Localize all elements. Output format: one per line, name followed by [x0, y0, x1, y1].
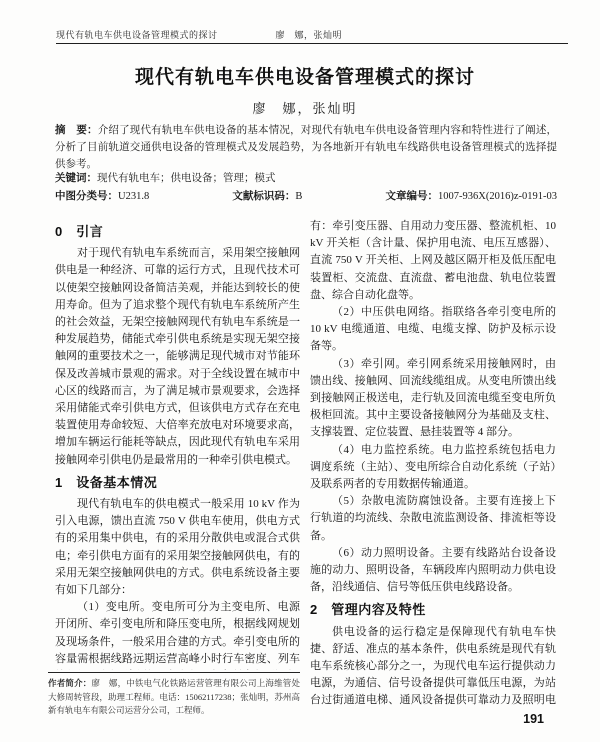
- abstract-paragraph: 摘 要：介绍了现代有轨电车供电设备的基本情况，对现代有轨电车供电设备管理内容和特…: [55, 122, 557, 173]
- article-id-value: 1007-936X(2016)z-0191-03: [438, 191, 557, 202]
- section-heading-management: 2 管理内容及特性: [310, 601, 556, 618]
- clc-label: 中图分类号：: [55, 190, 118, 202]
- intro-paragraph: 对于现代有轨电车系统而言，采用架空接触网供电是一种经济、可靠的运行方式，且现代技…: [55, 245, 300, 469]
- mv-network-paragraph: （2）中压供电网络。指联络各牵引变电所的 10 kV 电缆通道、电缆、电缆支撑、…: [310, 304, 556, 356]
- traction-network-paragraph: （3）牵引网。牵引网系统采用接触网时，由馈出线、接触网、回流线缆组成。从变电所馈…: [310, 356, 556, 442]
- doc-code: 文献标识码：B: [232, 188, 302, 205]
- substation-continuation-paragraph: 有：牵引变压器、自用动力变压器、整流机柜、10 kV 开关柜（含计量、保护用电流…: [310, 218, 556, 304]
- section-heading-intro: 0 引言: [55, 223, 300, 240]
- abstract-text: 介绍了现代有轨电车供电设备的基本情况，对现代有轨电车供电设备管理内容和特性进行了…: [55, 125, 557, 170]
- running-header: 现代有轨电车供电设备管理模式的探讨 廖 娜，张灿明: [56, 28, 560, 41]
- stray-current-paragraph: （5）杂散电流防腐蚀设备。主要有连接上下行轨道的均流线、杂散电流监测设备、排流柜…: [310, 493, 556, 545]
- page-title: 现代有轨电车供电设备管理模式的探讨: [55, 62, 555, 89]
- section-heading-equipment: 1 设备基本情况: [55, 474, 300, 491]
- abstract-label: 摘 要：: [55, 124, 98, 136]
- page-number: 191: [523, 712, 544, 726]
- running-header-title: 现代有轨电车供电设备管理模式的探讨: [56, 28, 218, 41]
- keywords-line: 关键词：现代有轨电车；供电设备；管理；模式: [55, 170, 557, 187]
- header-divider: [56, 43, 568, 44]
- footnote-label: 作者简介：: [48, 678, 91, 688]
- authors-line: 廖 娜，张灿明: [55, 98, 555, 117]
- clc-number: 中图分类号：U231.8: [55, 188, 149, 205]
- power-scada-paragraph: （4）电力监控系统。电力监控系统包括电力调度系统（主站）、变电所综合自动化系统（…: [310, 442, 556, 494]
- keywords-text: 现代有轨电车；供电设备；管理；模式: [97, 173, 276, 184]
- substation-paragraph: （1）变电所。变电所可分为主变电所、电源开闭所、牵引变电所和降压变电所，根据线网…: [55, 599, 300, 670]
- doc-code-label: 文献标识码：: [232, 190, 295, 202]
- doc-code-value: B: [295, 191, 302, 202]
- left-column: 0 引言 对于现代有轨电车系统而言，采用架空接触网供电是一种经济、可靠的运行方式…: [55, 218, 300, 670]
- equipment-paragraph: 现代有轨电车的供电模式一般采用 10 kV 作为引入电源，馈出直流 750 V …: [55, 496, 300, 599]
- meta-row: 中图分类号：U231.8 文献标识码：B 文章编号：1007-936X(2016…: [55, 188, 557, 205]
- right-column: 有：牵引变压器、自用动力变压器、整流机柜、10 kV 开关柜（含计量、保护用电流…: [310, 218, 556, 710]
- clc-value: U231.8: [118, 191, 149, 202]
- author-footnote: 作者简介：廖 娜，中铁电气化铁路运营管理有限公司上海维管处大修周转管段，助理工程…: [48, 672, 300, 718]
- running-header-authors: 廖 娜，张灿明: [276, 28, 343, 41]
- article-id: 文章编号：1007-936X(2016)z-0191-03: [386, 188, 557, 205]
- paper-page: 现代有轨电车供电设备管理模式的探讨 廖 娜，张灿明 现代有轨电车供电设备管理模式…: [0, 0, 600, 742]
- lighting-paragraph: （6）动力照明设备。主要有线路站台设备设施的动力、照明设备，车辆段库内照明动力供…: [310, 545, 556, 597]
- management-paragraph: 供电设备的运行稳定是保障现代有轨电车快捷、舒适、准点的基本条件，供电系统是现代有…: [310, 624, 556, 710]
- keywords-label: 关键词：: [55, 172, 97, 184]
- article-id-label: 文章编号：: [386, 190, 439, 202]
